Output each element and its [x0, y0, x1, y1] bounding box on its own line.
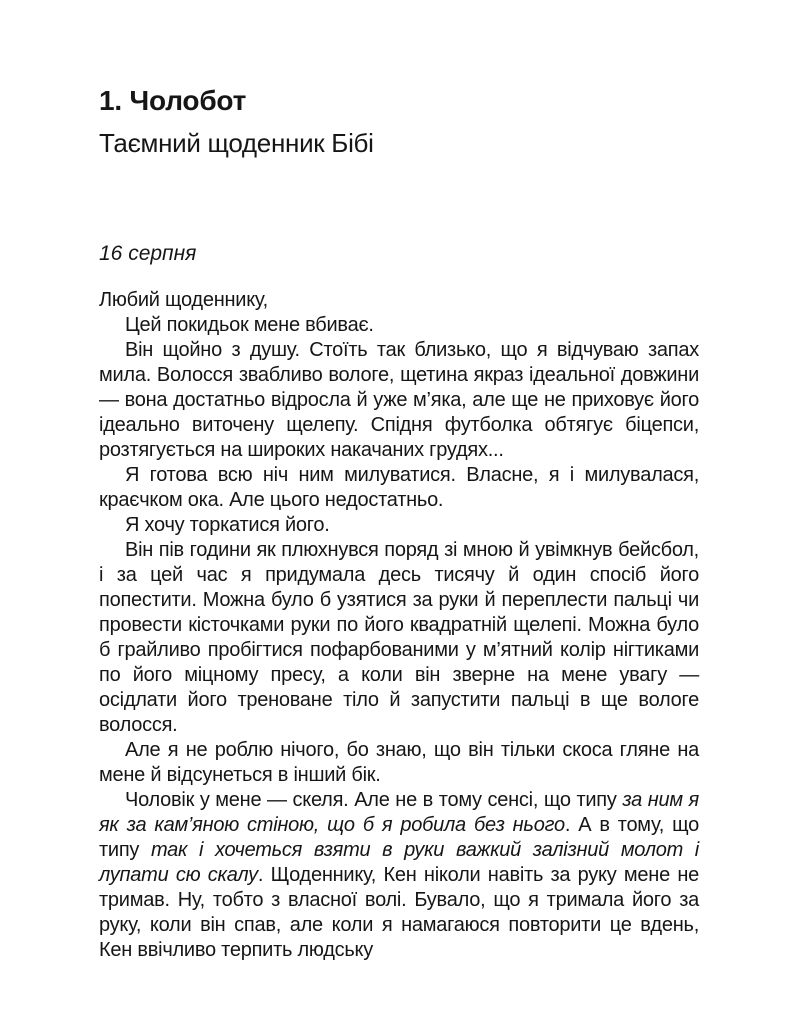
text-run: Він пів години як плюхнувся поряд зі мно…: [99, 539, 699, 736]
text-run: Він щойно з душу. Стоїть так близько, що…: [99, 339, 699, 461]
chapter-title: 1. Чолобот: [99, 84, 699, 118]
book-page: 1. Чолобот Таємний щоденник Бібі 16 серп…: [0, 0, 800, 1035]
paragraph: Він пів години як плюхнувся поряд зі мно…: [99, 538, 699, 738]
paragraph: Цей покидьок мене вбиває.: [99, 313, 699, 338]
paragraph: Чоловік у мене — скеля. Але не в тому се…: [99, 788, 699, 963]
text-run: Але я не роблю нічого, бо знаю, що він т…: [99, 739, 699, 786]
text-run: Я хочу торкатися його.: [125, 514, 330, 536]
paragraph: Він щойно з душу. Стоїть так близько, що…: [99, 338, 699, 463]
text-run: Я готова всю ніч ним милуватися. Власне,…: [99, 464, 699, 511]
text-run: Любий щоденнику,: [99, 289, 268, 311]
paragraph: Я готова всю ніч ним милуватися. Власне,…: [99, 463, 699, 513]
diary-text: Любий щоденнику,Цей покидьок мене вбиває…: [99, 288, 699, 963]
text-run: Чоловік у мене — скеля. Але не в тому се…: [125, 789, 622, 811]
paragraph: Я хочу торкатися його.: [99, 513, 699, 538]
chapter-subtitle: Таємний щоденник Бібі: [99, 127, 699, 160]
paragraph: Любий щоденнику,: [99, 288, 699, 313]
entry-date: 16 серпня: [99, 241, 699, 267]
paragraph: Але я не роблю нічого, бо знаю, що він т…: [99, 738, 699, 788]
text-run: Цей покидьок мене вбиває.: [125, 314, 374, 336]
